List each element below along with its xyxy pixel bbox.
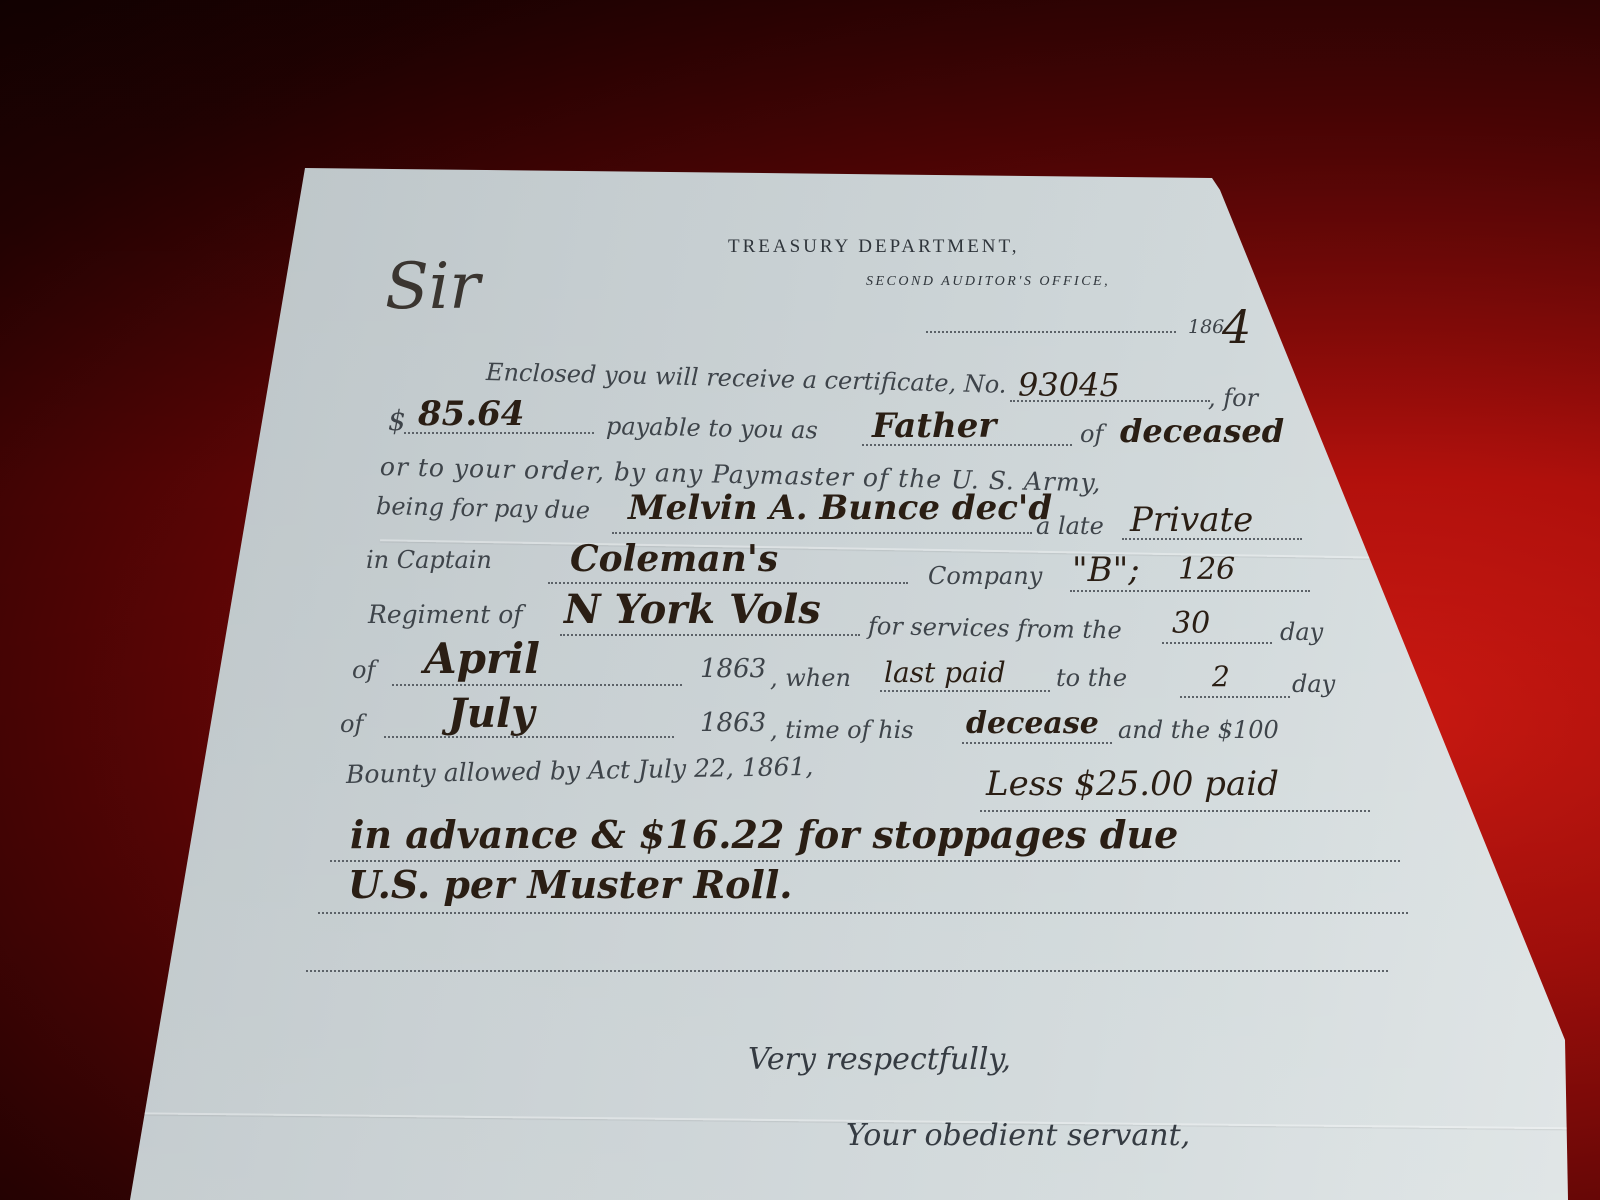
of-text: of <box>1080 420 1103 448</box>
date-field-line <box>926 331 1176 333</box>
when-event: last paid <box>884 656 1006 689</box>
when-text: , when <box>770 664 851 692</box>
to-day: 2 <box>1212 660 1230 693</box>
from-month: April <box>424 634 540 683</box>
from-month-field <box>392 684 682 686</box>
to-the-text: to the <box>1056 664 1127 692</box>
deduction-text-2: in advance & $16.22 for stoppages due <box>350 812 1178 857</box>
body-line-1: Enclosed you will receive a certificate,… <box>486 358 1007 399</box>
captain-field <box>548 582 908 584</box>
a-late-text: a late <box>1036 512 1104 540</box>
to-year: 1863 <box>700 708 766 738</box>
date-year-prefix: 186 <box>1188 316 1224 338</box>
when-event-field <box>880 690 1050 692</box>
from-day-field <box>1162 642 1272 644</box>
services-from-text: for services from the <box>868 612 1122 644</box>
payable-to-text: payable to you as <box>606 412 818 444</box>
to-month: July <box>448 690 534 737</box>
regiment-state-field <box>560 634 860 636</box>
deduction-text-3: U.S. per Muster Roll. <box>348 862 793 907</box>
soldier-name: Melvin A. Bunce dec'd <box>628 488 1052 528</box>
document-page: TREASURY DEPARTMENT, SECOND AUDITOR'S OF… <box>0 0 1600 1200</box>
blank-ruled-line <box>306 970 1388 972</box>
closing-line-1: Very respectfully, <box>748 1042 1011 1077</box>
bounty-act-text: Bounty allowed by Act July 22, 1861, <box>346 752 814 789</box>
certificate-number: 93045 <box>1018 366 1120 404</box>
of-text-2: of <box>352 656 375 684</box>
bounty-amount-text: and the $100 <box>1118 716 1279 744</box>
regiment-number: 126 <box>1178 552 1235 587</box>
from-day: 30 <box>1172 606 1210 641</box>
amount-value: 85.64 <box>418 394 524 434</box>
pay-due-text: being for pay due <box>376 492 591 524</box>
deduction-text-1: Less $25.00 paid <box>986 764 1279 804</box>
to-day-field <box>1180 696 1290 698</box>
closing-line-2: Your obedient servant, <box>846 1118 1190 1153</box>
relationship-value: Father <box>872 406 996 446</box>
event-value: decease <box>966 706 1099 741</box>
office-subheading: SECOND AUDITOR'S OFFICE, <box>866 274 1110 290</box>
company-field <box>1070 590 1310 592</box>
deceased-value: deceased <box>1120 412 1284 450</box>
department-heading: TREASURY DEPARTMENT, <box>728 236 1019 258</box>
rank-value: Private <box>1130 500 1253 540</box>
from-year: 1863 <box>700 654 766 684</box>
regiment-state: N York Vols <box>564 586 821 633</box>
salutation: Sir <box>385 250 480 324</box>
company-letter: "B"; <box>1072 550 1140 590</box>
day-text-1: day <box>1280 618 1323 646</box>
company-text: Company <box>928 562 1042 590</box>
time-of-his-text: , time of his <box>770 716 914 744</box>
day-text-2: day <box>1292 670 1335 698</box>
in-captain-text: in Captain <box>366 546 492 574</box>
event-field <box>962 742 1112 744</box>
regiment-of-text: Regiment of <box>368 600 523 629</box>
captain-name: Coleman's <box>570 538 778 580</box>
date-year-handwritten: 4 <box>1222 300 1251 354</box>
soldier-name-field <box>612 532 1032 534</box>
deduction-line-3 <box>318 912 1408 914</box>
of-text-3: of <box>340 710 363 738</box>
body-line-1-suffix: , for <box>1208 384 1258 412</box>
